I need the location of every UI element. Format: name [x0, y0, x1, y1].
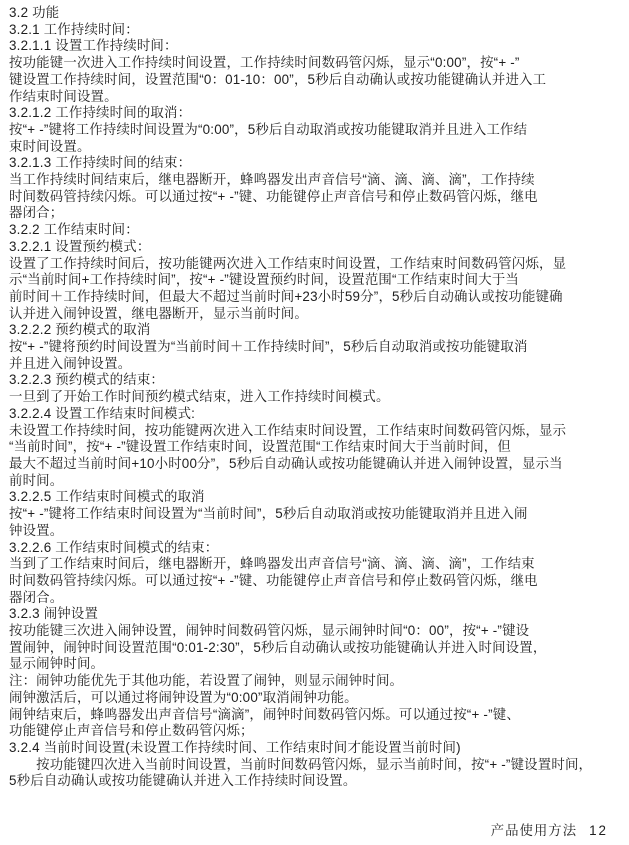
section-heading: 3.2.1 工作持续时间：	[9, 22, 621, 39]
text-line: 作结束时间设置。	[9, 89, 621, 106]
text-line: 前时间。	[9, 473, 621, 490]
text-line: “当前时间”，按“+ -”键设置工作结束时间，设置范围“工作结束时间大于当前时间…	[9, 439, 621, 456]
section-heading: 3.2.2.1 设置预约模式：	[9, 239, 621, 256]
text-line: 钟设置。	[9, 523, 621, 540]
section-heading: 3.2 功能	[9, 5, 621, 22]
section-heading: 3.2.2.4 设置工作结束时间模式:	[9, 406, 621, 423]
manual-page: 3.2 功能3.2.1 工作持续时间：3.2.1.1 设置工作持续时间：按功能键…	[0, 0, 629, 845]
section-heading: 3.2.2.6 工作结束时间模式的结束：	[9, 540, 621, 557]
text-line: 5秒后自动确认或按功能键确认并进入工作持续时间设置。	[9, 773, 621, 790]
text-line: 按“+ -”键将工作持续时间设置为“0:00”，5秒后自动取消或按功能键取消并且…	[9, 122, 621, 139]
section-heading: 3.2.3 闹钟设置	[9, 606, 621, 623]
section-heading: 3.2.2.2 预约模式的取消	[9, 322, 621, 339]
text-line: 未设置工作持续时间，按功能键两次进入工作结束时间设置，工作结束时间数码管闪烁，显…	[9, 423, 621, 440]
text-line: 置闹钟，闹钟时间设置范围“0:01-2:30”，5秒后自动确认或按功能键确认并进…	[9, 640, 621, 657]
section-heading: 3.2.2 工作结束时间：	[9, 222, 621, 239]
text-line: 按“+ -”键将工作结束时间设置为“当前时间”，5秒后自动取消或按功能键取消并且…	[9, 506, 621, 523]
text-line: 并且进入闹钟设置。	[9, 356, 621, 373]
section-heading: 3.2.1.3 工作持续时间的结束：	[9, 155, 621, 172]
footer-label: 产品使用方法	[491, 823, 577, 838]
text-line: 显示闹钟时间。	[9, 656, 621, 673]
text-line: 最大不超过当前时间+10小时00分”，5秒后自动确认或按功能键确认并进入闹钟设置…	[9, 456, 621, 473]
body-text: 3.2 功能3.2.1 工作持续时间：3.2.1.1 设置工作持续时间：按功能键…	[0, 0, 629, 790]
text-line: 闹钟结束后，蜂鸣器发出声音信号“滴滴”，闹钟时间数码管闪烁。可以通过按“+ -”…	[9, 707, 621, 724]
section-heading: 3.2.4 当前时间设置(未设置工作持续时间、工作结束时间才能设置当前时间)	[9, 740, 621, 757]
page-footer: 产品使用方法12	[491, 823, 608, 839]
text-line: 前时间＋工作持续时间，但最大不超过当前时间+23小时59分”，5秒后自动确认或按…	[9, 289, 621, 306]
text-line: 时间数码管持续闪烁。可以通过按“+ -”键、功能键停止声音信号和停止数码管闪烁，…	[9, 189, 621, 206]
text-line: 设置了工作持续时间后，按功能键两次进入工作结束时间设置，工作结束时间数码管闪烁，…	[9, 256, 621, 273]
text-line: 按功能键四次进入当前时间设置，当前时间数码管闪烁，显示当前时间，按“+ -”键设…	[9, 757, 621, 774]
text-line: 闹钟激活后，可以通过将闹钟设置为“0:00”取消闹钟功能。	[9, 690, 621, 707]
text-line: 器闭合；	[9, 205, 621, 222]
page-number: 12	[589, 823, 608, 838]
text-line: 器闭合。	[9, 590, 621, 607]
text-line: 功能键停止声音信号和停止数码管闪烁；	[9, 723, 621, 740]
text-line: 按功能键一次进入工作持续时间设置，工作持续时间数码管闪烁，显示“0:00”，按“…	[9, 55, 621, 72]
text-line: 注：闹钟功能优先于其他功能，若设置了闹钟，则显示闹钟时间。	[9, 673, 621, 690]
text-line: 键设置工作持续时间，设置范围“0：01-10：00”，5秒后自动确认或按功能键确…	[9, 72, 621, 89]
text-line: 示“当前时间+工作持续时间”，按“+ -”键设置预约时间，设置范围“工作结束时间…	[9, 272, 621, 289]
text-line: 束时间设置。	[9, 139, 621, 156]
section-heading: 3.2.1.2 工作持续时间的取消：	[9, 105, 621, 122]
text-line: 当到了工作结束时间后，继电器断开，蜂鸣器发出声音信号“滴、滴、滴、滴”，工作结束	[9, 556, 621, 573]
text-line: 认并进入闹钟设置，继电器断开，显示当前时间。	[9, 306, 621, 323]
section-heading: 3.2.1.1 设置工作持续时间：	[9, 38, 621, 55]
text-line: 一旦到了开始工作时间预约模式结束，进入工作持续时间模式。	[9, 389, 621, 406]
text-line: 当工作持续时间结束后，继电器断开，蜂鸣器发出声音信号“滴、滴、滴、滴”，工作持续	[9, 172, 621, 189]
section-heading: 3.2.2.5 工作结束时间模式的取消	[9, 489, 621, 506]
text-line: 按“+ -”键将预约时间设置为“当前时间＋工作持续时间”，5秒后自动取消或按功能…	[9, 339, 621, 356]
text-line: 时间数码管持续闪烁。可以通过按“+ -”键、功能键停止声音信号和停止数码管闪烁，…	[9, 573, 621, 590]
text-line: 按功能键三次进入闹钟设置，闹钟时间数码管闪烁，显示闹钟时间“0：00”，按“+ …	[9, 623, 621, 640]
section-heading: 3.2.2.3 预约模式的结束：	[9, 372, 621, 389]
